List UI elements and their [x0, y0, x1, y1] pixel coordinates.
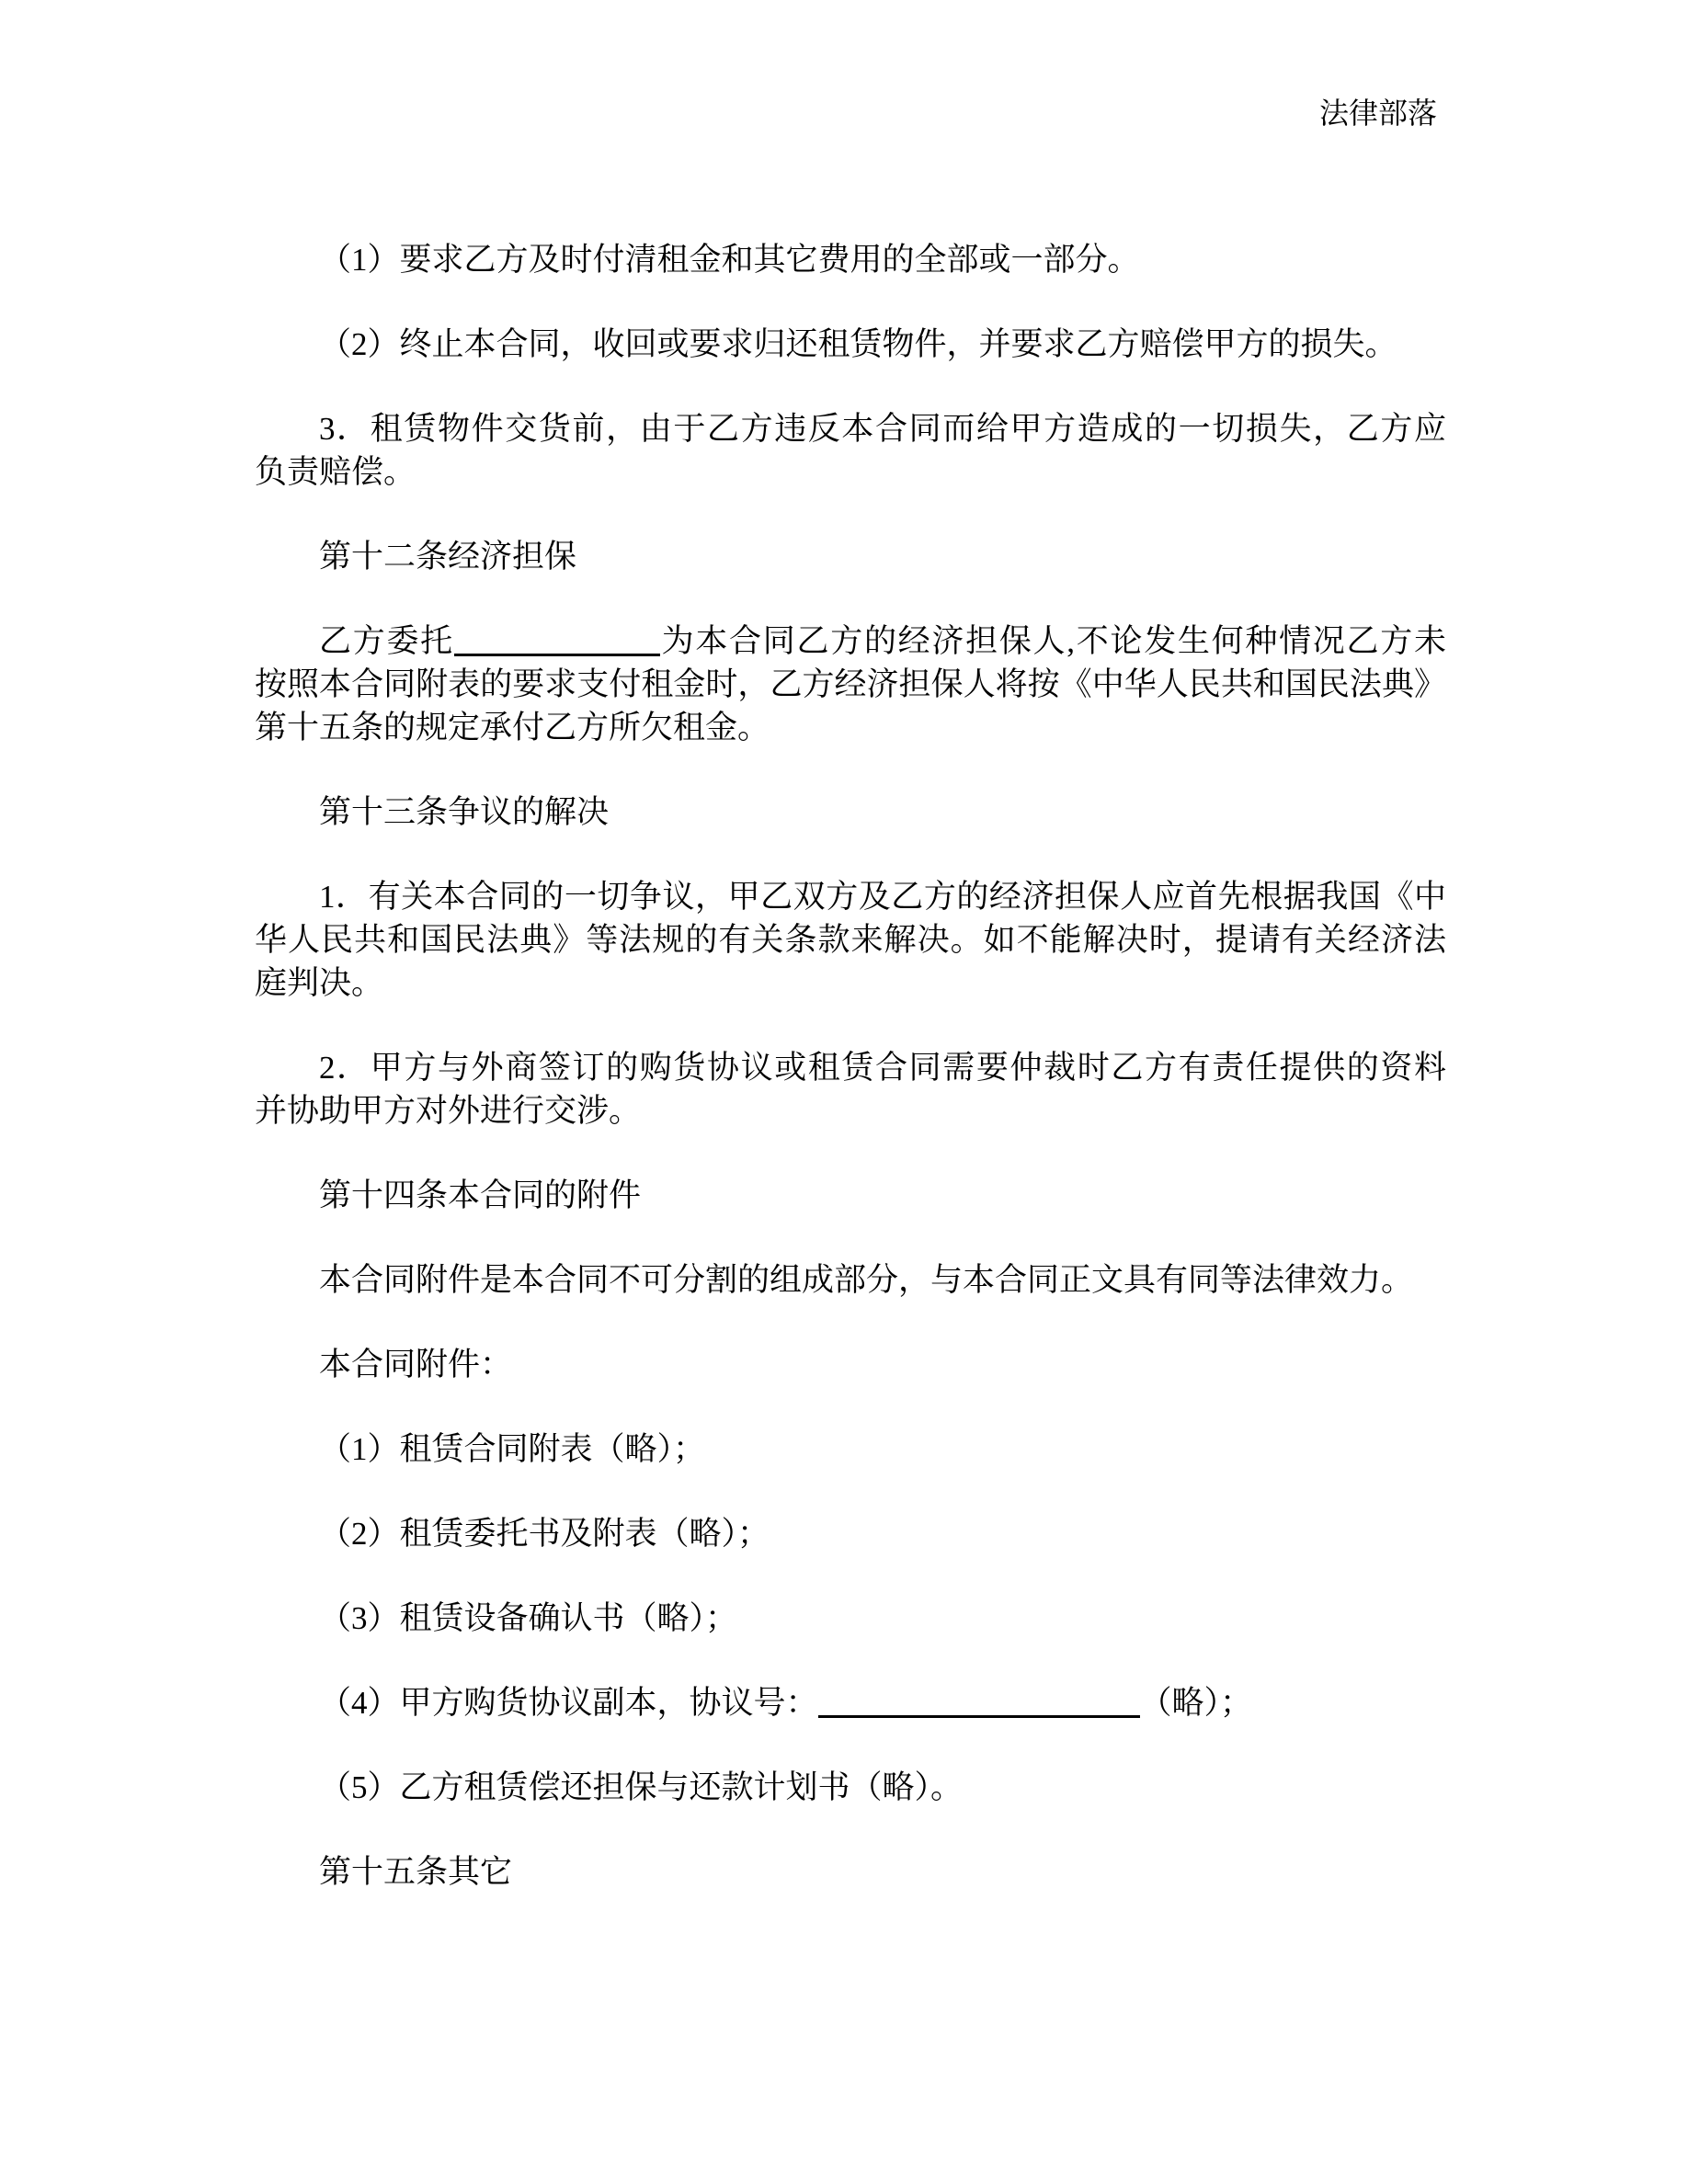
- text-run: （5）乙方租赁偿还担保与还款计划书（略）。: [319, 1769, 963, 1805]
- paragraph-line: 华人民共和国民法典》等法规的有关条款来解决。如不能解决时，提请有关经济法: [255, 918, 1446, 961]
- paragraph-line: （4）甲方购货协议副本，协议号：（略）；: [255, 1681, 1446, 1724]
- paragraph-line: 乙方委托为本合同乙方的经济担保人,不论发生何种情况乙方未: [255, 620, 1446, 663]
- paragraph: （2）租赁委托书及附表（略）；: [255, 1512, 1446, 1555]
- fill-in-blank-underline: [454, 621, 660, 656]
- paragraph-line: 并协助甲方对外进行交涉。: [255, 1089, 1446, 1132]
- paragraph-line: 2．甲方与外商签订的购货协议或租赁合同需要仲裁时乙方有责任提供的资料: [255, 1046, 1446, 1089]
- paragraph: （1）租赁合同附表（略）；: [255, 1428, 1446, 1471]
- paragraph: 第十二条经济担保: [255, 535, 1446, 578]
- text-run: （2）终止本合同，收回或要求归还租赁物件，并要求乙方赔偿甲方的损失。: [319, 326, 1397, 362]
- paragraph-line: 第十二条经济担保: [255, 535, 1446, 578]
- document-body: （1）要求乙方及时付清租金和其它费用的全部或一部分。（2）终止本合同，收回或要求…: [255, 238, 1446, 1894]
- text-run: 本合同附件：: [319, 1347, 512, 1382]
- text-run: （1）要求乙方及时付清租金和其它费用的全部或一部分。: [319, 242, 1140, 278]
- text-run: 第十三条争议的解决: [319, 794, 609, 830]
- document-page: 法律部落 （1）要求乙方及时付清租金和其它费用的全部或一部分。（2）终止本合同，…: [0, 0, 1688, 2184]
- paragraph-line: 3．租赁物件交货前，由于乙方违反本合同而给甲方造成的一切损失，乙方应: [255, 407, 1446, 450]
- paragraph: （3）租赁设备确认书（略）；: [255, 1597, 1446, 1640]
- text-run: （2）租赁委托书及附表（略）；: [319, 1516, 770, 1552]
- paragraph-line: 第十三条争议的解决: [255, 791, 1446, 834]
- paragraph-line: （1）要求乙方及时付清租金和其它费用的全部或一部分。: [255, 238, 1446, 281]
- paragraph-line: 按照本合同附表的要求支付租金时，乙方经济担保人将按《中华人民共和国民法典》: [255, 663, 1446, 706]
- text-run: 乙方委托: [319, 623, 454, 659]
- text-run: 第十五条的规定承付乙方所欠租金。: [255, 710, 770, 745]
- paragraph: 2．甲方与外商签订的购货协议或租赁合同需要仲裁时乙方有责任提供的资料并协助甲方对…: [255, 1046, 1446, 1132]
- paragraph: 1．有关本合同的一切争议，甲乙双方及乙方的经济担保人应首先根据我国《中华人民共和…: [255, 875, 1446, 1005]
- paragraph: （2）终止本合同，收回或要求归还租赁物件，并要求乙方赔偿甲方的损失。: [255, 323, 1446, 366]
- paragraph: （1）要求乙方及时付清租金和其它费用的全部或一部分。: [255, 238, 1446, 281]
- text-run: 2．甲方与外商签订的购货协议或租赁合同需要仲裁时乙方有责任提供的资料: [319, 1050, 1446, 1086]
- text-run: 第十五条其它: [319, 1854, 512, 1890]
- text-run: 第十四条本合同的附件: [319, 1177, 641, 1213]
- paragraph: 第十三条争议的解决: [255, 791, 1446, 834]
- paragraph: 第十五条其它: [255, 1850, 1446, 1894]
- paragraph-line: 1．有关本合同的一切争议，甲乙双方及乙方的经济担保人应首先根据我国《中: [255, 875, 1446, 918]
- site-watermark: 法律部落: [255, 95, 1437, 131]
- paragraph-line: （3）租赁设备确认书（略）；: [255, 1597, 1446, 1640]
- paragraph: 本合同附件是本合同不可分割的组成部分，与本合同正文具有同等法律效力。: [255, 1258, 1446, 1302]
- fill-in-blank-underline: [818, 1683, 1140, 1718]
- paragraph: （4）甲方购货协议副本，协议号：（略）；: [255, 1681, 1446, 1724]
- text-run: 本合同附件是本合同不可分割的组成部分，与本合同正文具有同等法律效力。: [319, 1262, 1413, 1298]
- paragraph-line: （1）租赁合同附表（略）；: [255, 1428, 1446, 1471]
- text-run: 按照本合同附表的要求支付租金时，乙方经济担保人将按《中华人民共和国民法典》: [255, 666, 1446, 702]
- text-run: 3．租赁物件交货前，由于乙方违反本合同而给甲方造成的一切损失，乙方应: [319, 411, 1446, 447]
- paragraph-line: （5）乙方租赁偿还担保与还款计划书（略）。: [255, 1766, 1446, 1809]
- text-run: 庭判决。: [255, 965, 383, 1001]
- text-run: （1）租赁合同附表（略）；: [319, 1431, 705, 1467]
- paragraph-line: 第十五条的规定承付乙方所欠租金。: [255, 706, 1446, 749]
- text-run: （3）租赁设备确认书（略）；: [319, 1600, 737, 1636]
- text-run: 为本合同乙方的经济担保人,不论发生何种情况乙方未: [660, 623, 1446, 659]
- paragraph-line: 庭判决。: [255, 961, 1446, 1005]
- text-run: 第十二条经济担保: [319, 539, 576, 574]
- paragraph-line: 负责赔偿。: [255, 450, 1446, 494]
- paragraph-line: 第十五条其它: [255, 1850, 1446, 1894]
- text-run: （略）；: [1140, 1685, 1253, 1721]
- text-run: （4）甲方购货协议副本，协议号：: [319, 1685, 818, 1721]
- text-run: 负责赔偿。: [255, 454, 416, 490]
- paragraph: 3．租赁物件交货前，由于乙方违反本合同而给甲方造成的一切损失，乙方应负责赔偿。: [255, 407, 1446, 494]
- paragraph: 乙方委托为本合同乙方的经济担保人,不论发生何种情况乙方未按照本合同附表的要求支付…: [255, 620, 1446, 749]
- paragraph: 本合同附件：: [255, 1343, 1446, 1386]
- paragraph-line: （2）租赁委托书及附表（略）；: [255, 1512, 1446, 1555]
- paragraph: 第十四条本合同的附件: [255, 1174, 1446, 1217]
- paragraph-line: 本合同附件是本合同不可分割的组成部分，与本合同正文具有同等法律效力。: [255, 1258, 1446, 1302]
- text-run: 并协助甲方对外进行交涉。: [255, 1093, 641, 1129]
- paragraph: （5）乙方租赁偿还担保与还款计划书（略）。: [255, 1766, 1446, 1809]
- text-run: 华人民共和国民法典》等法规的有关条款来解决。如不能解决时，提请有关经济法: [255, 922, 1446, 958]
- paragraph-line: 第十四条本合同的附件: [255, 1174, 1446, 1217]
- paragraph-line: （2）终止本合同，收回或要求归还租赁物件，并要求乙方赔偿甲方的损失。: [255, 323, 1446, 366]
- paragraph-line: 本合同附件：: [255, 1343, 1446, 1386]
- text-run: 1．有关本合同的一切争议，甲乙双方及乙方的经济担保人应首先根据我国《中: [319, 879, 1446, 915]
